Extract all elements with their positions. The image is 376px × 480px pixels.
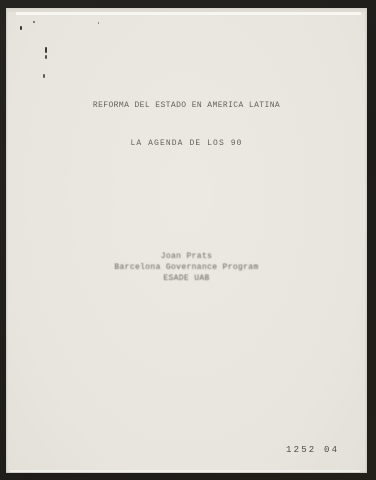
scanned-page-background: REFORMA DEL ESTADO EN AMERICA LATINA LA … — [0, 0, 376, 480]
speckle-mark — [43, 74, 45, 78]
speckle-mark — [33, 21, 35, 23]
author-institution-line: ESADE UAB — [6, 273, 367, 284]
document-page: REFORMA DEL ESTADO EN AMERICA LATINA LA … — [6, 8, 367, 473]
page-top-edge-highlight — [16, 12, 361, 15]
author-block: Joan Prats Barcelona Governance Program … — [6, 251, 367, 284]
document-title: REFORMA DEL ESTADO EN AMERICA LATINA — [6, 101, 367, 110]
staple-mark — [20, 26, 22, 30]
page-bottom-edge-highlight — [10, 470, 360, 472]
document-subtitle: LA AGENDA DE LOS 90 — [6, 139, 367, 148]
staple-mark — [45, 55, 47, 59]
author-affiliation-line: Barcelona Governance Program — [6, 262, 367, 273]
speckle-mark — [98, 22, 99, 24]
author-name: Joan Prats — [6, 251, 367, 262]
archive-stamp-number: 1252 04 — [286, 445, 339, 455]
staple-mark — [45, 47, 47, 53]
